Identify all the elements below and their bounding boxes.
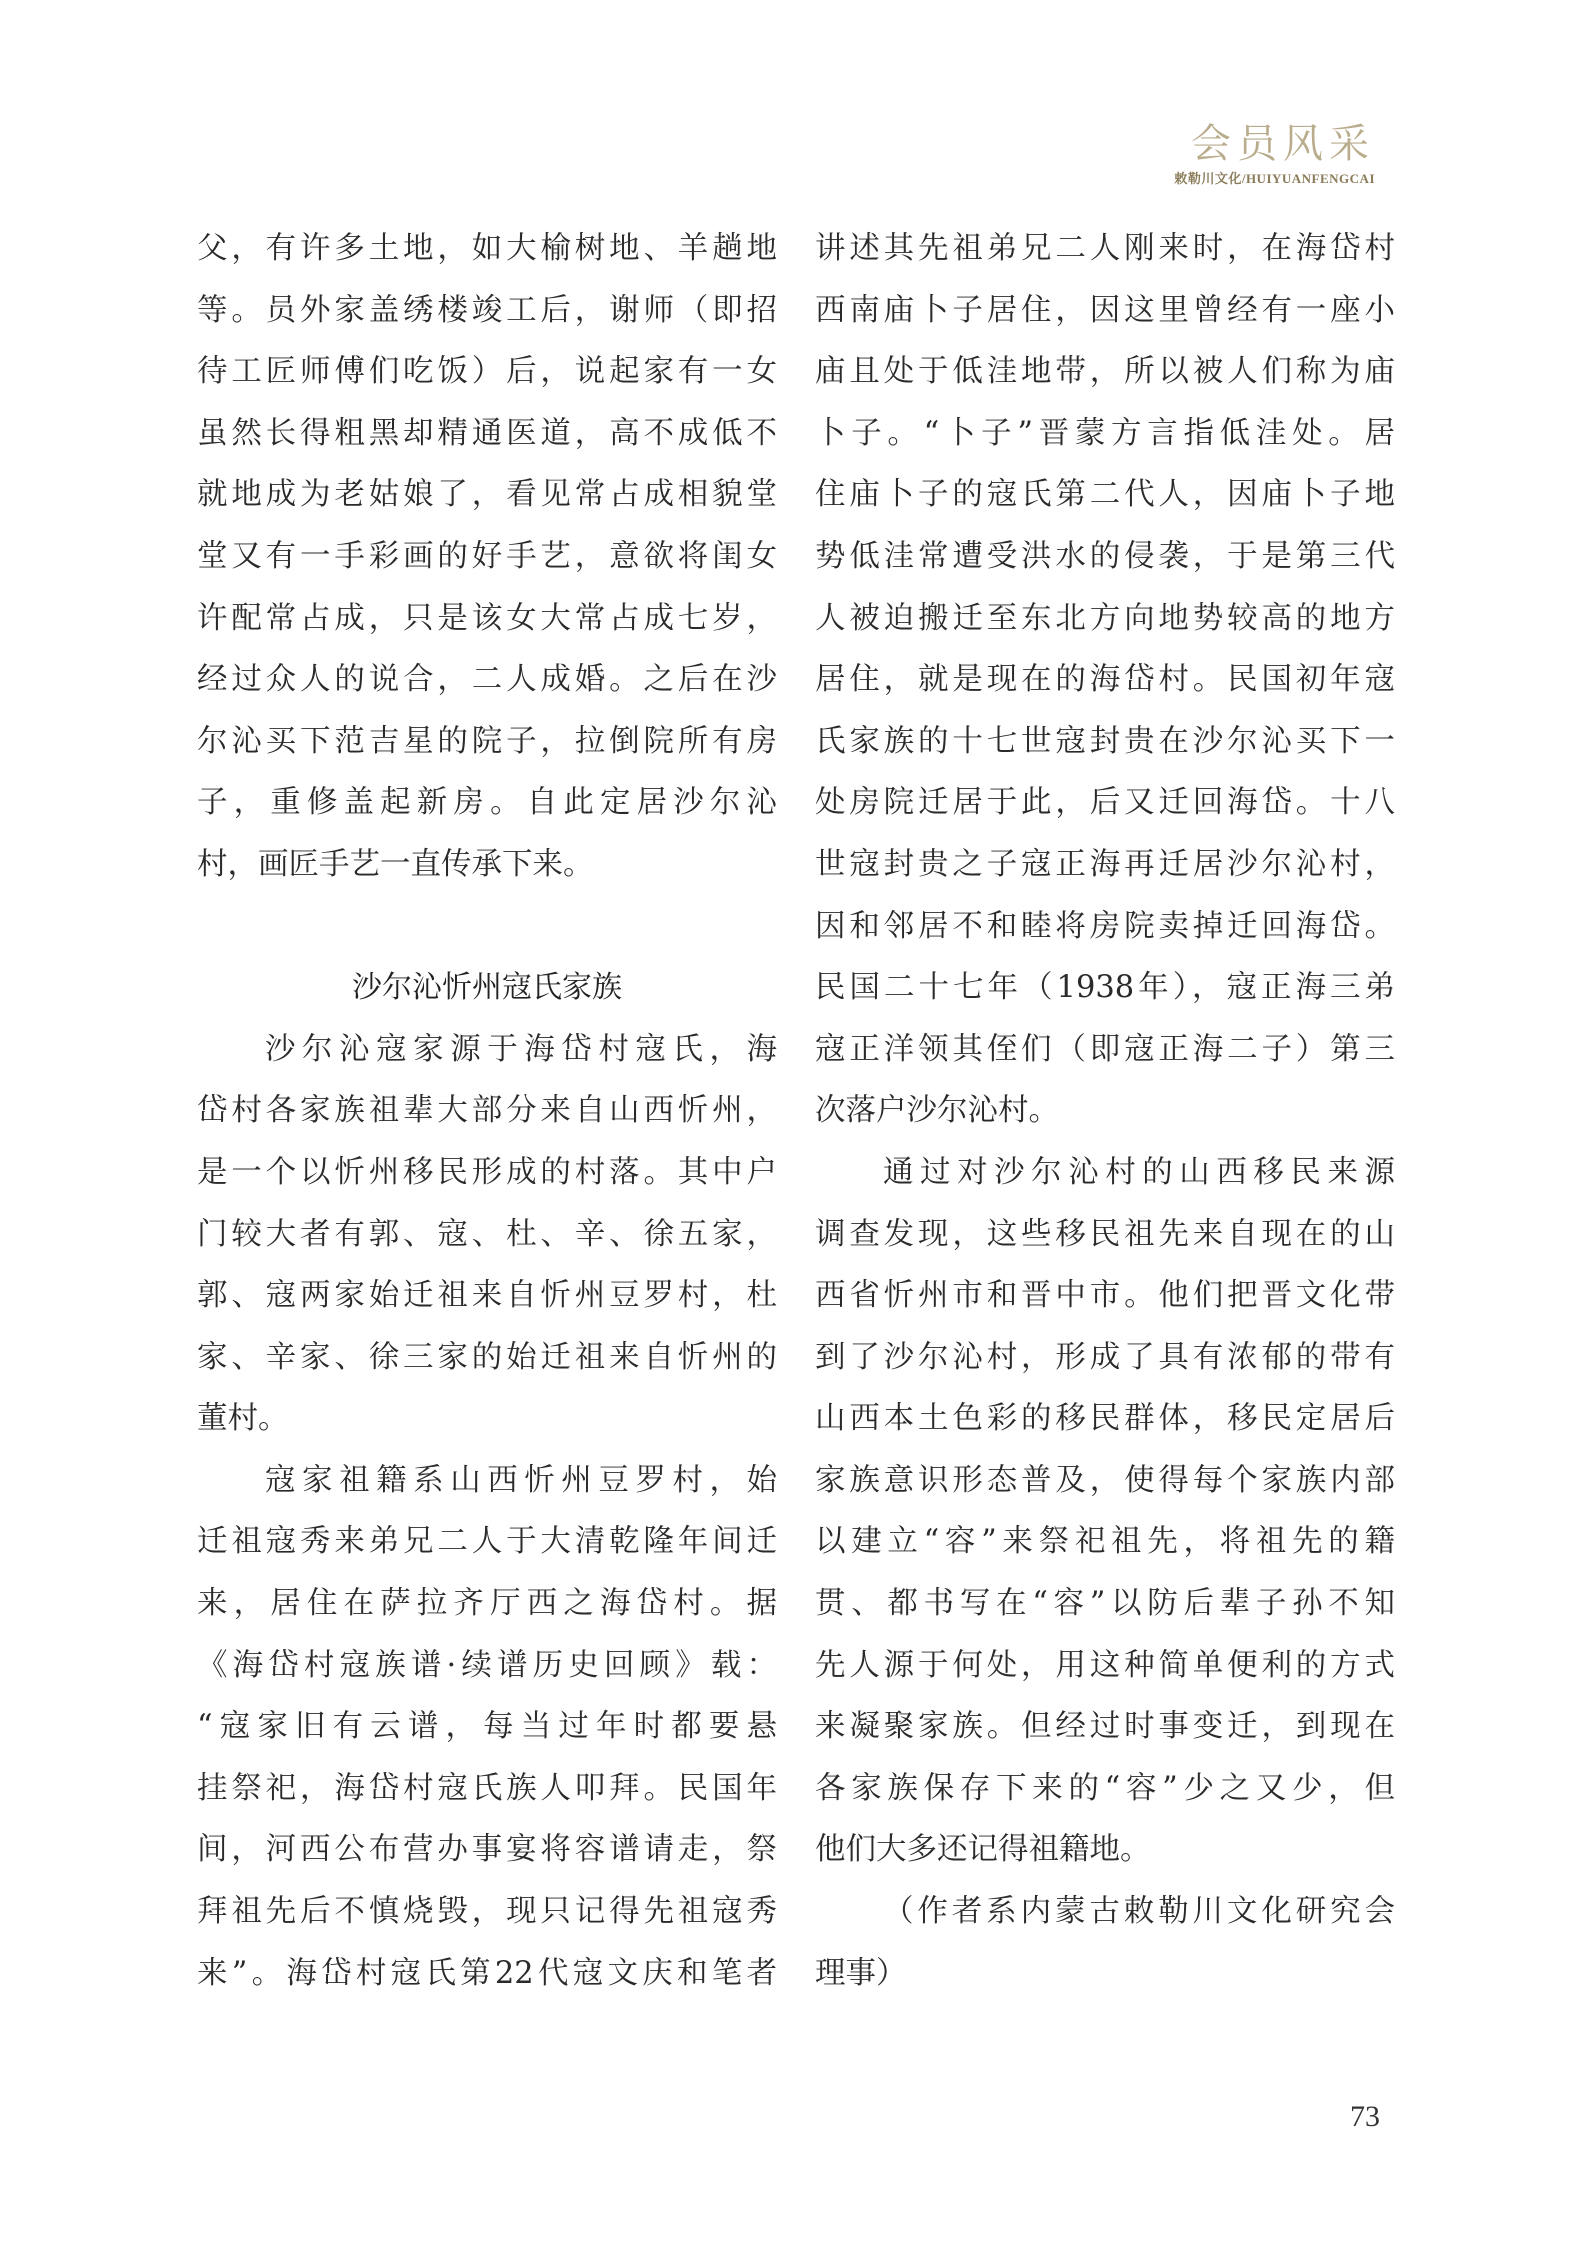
text-line: 许配常占成，只是该女大常占成七岁， xyxy=(197,588,777,650)
text-line: 家、辛家、徐三家的始迁祖来自忻州的 xyxy=(197,1327,777,1389)
text-line: 调查发现，这些移民祖先来自现在的山 xyxy=(815,1204,1395,1266)
text-line: 住庙卜子的寇氏第二代人，因庙卜子地 xyxy=(815,464,1395,526)
right-column: 讲述其先祖弟兄二人刚来时，在海岱村 西南庙卜子居住，因这里曾经有一座小 庙且处于… xyxy=(815,218,1395,2004)
section-heading: 沙尔沁忻州寇氏家族 xyxy=(197,957,777,1019)
text-line: 迁祖寇秀来弟兄二人于大清乾隆年间迁 xyxy=(197,1511,777,1573)
text-line: 子，重修盖起新房。自此定居沙尔沁 xyxy=(197,772,777,834)
text-line: 庙且处于低洼地带，所以被人们称为庙 xyxy=(815,341,1395,403)
text-line: 待工匠师傅们吃饭）后，说起家有一女 xyxy=(197,341,777,403)
text-line: 民国二十七年（1938年），寇正海三弟 xyxy=(815,957,1395,1019)
text-line: 《海岱村寇族谱·续谱历史回顾》载： xyxy=(197,1635,777,1697)
text-line: 西省忻州市和晋中市。他们把晋文化带 xyxy=(815,1265,1395,1327)
text-line: 沙尔沁寇家源于海岱村寇氏，海 xyxy=(197,1019,777,1081)
text-line: 父，有许多土地，如大榆树地、羊趟地 xyxy=(197,218,777,280)
text-line: 虽然长得粗黑却精通医道，高不成低不 xyxy=(197,403,777,465)
text-line: 董村。 xyxy=(197,1388,777,1450)
text-line: 讲述其先祖弟兄二人刚来时，在海岱村 xyxy=(815,218,1395,280)
text-line: 山西本土色彩的移民群体，移民定居后 xyxy=(815,1388,1395,1450)
text-line: 因和邻居不和睦将房院卖掉迁回海岱。 xyxy=(815,896,1395,958)
text-line: 处房院迁居于此，后又迁回海岱。十八 xyxy=(815,772,1395,834)
text-line: 贯、都书写在“容”以防后辈子孙不知 xyxy=(815,1573,1395,1635)
text-line: 寇家祖籍系山西忻州豆罗村，始 xyxy=(197,1450,777,1512)
section-title: 会员风采 xyxy=(1191,112,1375,169)
text-line: 拜祖先后不慎烧毁，现只记得先祖寇秀 xyxy=(197,1881,777,1943)
text-line: 寇正洋领其侄们（即寇正海二子）第三 xyxy=(815,1019,1395,1081)
text-line: 通过对沙尔沁村的山西移民来源 xyxy=(815,1142,1395,1204)
author-note: （作者系内蒙古敕勒川文化研究会 xyxy=(815,1881,1395,1943)
text-line: 来”。海岱村寇氏第22代寇文庆和笔者 xyxy=(197,1943,777,2005)
text-line: 先人源于何处，用这种简单便利的方式 xyxy=(815,1635,1395,1697)
text-line: 家族意识形态普及，使得每个家族内部 xyxy=(815,1450,1395,1512)
text-line: 以建立“容”来祭祀祖先，将祖先的籍 xyxy=(815,1511,1395,1573)
text-line: 堂又有一手彩画的好手艺，意欲将闺女 xyxy=(197,526,777,588)
text-line: 次落户沙尔沁村。 xyxy=(815,1080,1395,1142)
text-line: 来，居住在萨拉齐厅西之海岱村。据 xyxy=(197,1573,777,1635)
section-subtitle: 敕勒川文化/HUIYUANFENGCAI xyxy=(1174,168,1375,187)
text-line: 居住，就是现在的海岱村。民国初年寇 xyxy=(815,649,1395,711)
text-line: 等。员外家盖绣楼竣工后，谢师（即招 xyxy=(197,280,777,342)
text-line: 各家族保存下来的“容”少之又少，但 xyxy=(815,1758,1395,1820)
text-line: 人被迫搬迁至东北方向地势较高的地方 xyxy=(815,588,1395,650)
page-number: 73 xyxy=(1350,2100,1380,2134)
text-line: 经过众人的说合，二人成婚。之后在沙 xyxy=(197,649,777,711)
text-line: 西南庙卜子居住，因这里曾经有一座小 xyxy=(815,280,1395,342)
text-line: 村，画匠手艺一直传承下来。 xyxy=(197,834,777,896)
text-line: 氏家族的十七世寇封贵在沙尔沁买下一 xyxy=(815,711,1395,773)
text-line: 是一个以忻州移民形成的村落。其中户 xyxy=(197,1142,777,1204)
text-line: 世寇封贵之子寇正海再迁居沙尔沁村， xyxy=(815,834,1395,896)
text-line: 他们大多还记得祖籍地。 xyxy=(815,1819,1395,1881)
paragraph-gap xyxy=(197,896,777,958)
text-line: 挂祭祀，海岱村寇氏族人叩拜。民国年 xyxy=(197,1758,777,1820)
text-line: 郭、寇两家始迁祖来自忻州豆罗村，杜 xyxy=(197,1265,777,1327)
text-line: 间，河西公布营办事宴将容谱请走，祭 xyxy=(197,1819,777,1881)
text-line: 到了沙尔沁村，形成了具有浓郁的带有 xyxy=(815,1327,1395,1389)
author-note: 理事） xyxy=(815,1943,1395,2005)
text-line: 卜子。“卜子”晋蒙方言指低洼处。居 xyxy=(815,403,1395,465)
text-line: 门较大者有郭、寇、杜、辛、徐五家， xyxy=(197,1204,777,1266)
text-line: 来凝聚家族。但经过时事变迁，到现在 xyxy=(815,1696,1395,1758)
text-line: 尔沁买下范吉星的院子，拉倒院所有房 xyxy=(197,711,777,773)
left-column: 父，有许多土地，如大榆树地、羊趟地 等。员外家盖绣楼竣工后，谢师（即招 待工匠师… xyxy=(197,218,777,2004)
text-line: 势低洼常遭受洪水的侵袭，于是第三代 xyxy=(815,526,1395,588)
text-line: 岱村各家族祖辈大部分来自山西忻州， xyxy=(197,1080,777,1142)
text-line: “寇家旧有云谱，每当过年时都要悬 xyxy=(197,1696,777,1758)
text-line: 就地成为老姑娘了，看见常占成相貌堂 xyxy=(197,464,777,526)
